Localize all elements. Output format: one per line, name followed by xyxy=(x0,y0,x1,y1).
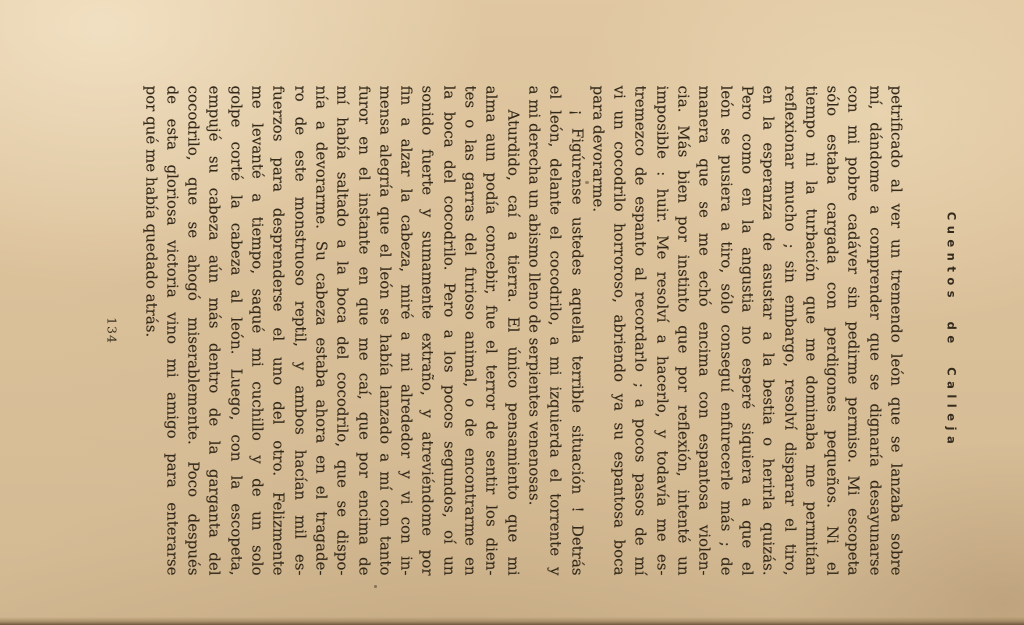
text-line: Pero como en la angustia no esperé siqui… xyxy=(736,85,757,575)
page-edge-shadow xyxy=(0,617,1024,625)
text-line: Aturdido, caí a tierra. El único pensami… xyxy=(501,85,522,575)
text-line: sonido fuerte y sumamente extraño, y atr… xyxy=(416,85,437,575)
book-page: Cuentos de Calleja petrificado al ver un… xyxy=(0,0,1024,625)
text-line: cia. Más bien por instinto que por refle… xyxy=(672,85,693,575)
text-line: mensa alegría que el león se había lanza… xyxy=(374,85,395,575)
text-line: petrificado al ver un tremendo león que … xyxy=(885,85,906,575)
text-line: golpe corté la cabeza al león. Luego, co… xyxy=(225,85,246,575)
text-line: mí, dándome a comprender que se dignaría… xyxy=(863,85,884,575)
text-line: sólo estaba cargada con perdigones peque… xyxy=(821,85,842,575)
text-line: nía a devorarme. Su cabeza estaba ahora … xyxy=(310,85,331,575)
body-text: petrificado al ver un tremendo león que … xyxy=(139,85,906,575)
text-line: alma aun podía concebir, fue el terror d… xyxy=(480,85,501,575)
text-line: a mi derecha un abismo lleno de serpient… xyxy=(523,85,544,575)
running-header: Cuentos de Calleja xyxy=(944,85,958,575)
text-line: empujé su cabeza aún más dentro de la ga… xyxy=(203,85,224,575)
text-line: tes o las garras del furioso animal, o d… xyxy=(459,85,480,575)
text-line: reflexionar mucho ; sin embargo, resolví… xyxy=(778,85,799,575)
text-line: vi un cocodrilo horroroso, abriendo ya s… xyxy=(608,85,629,575)
text-line: tiempo ni la turbación que me dominaba m… xyxy=(800,85,821,575)
text-line: ¡ Figúrense ustedes aquella terrible sit… xyxy=(565,85,586,575)
text-line: tremezco de espanto al recordarlo ; a po… xyxy=(629,85,650,575)
text-line: ro de este monstruoso reptil, y ambos ha… xyxy=(288,85,309,575)
text-line: imposible : huir. Me resolví a hacerlo, … xyxy=(650,85,671,575)
page-number: 134 xyxy=(104,85,119,575)
text-line: fin a alzar la cabeza, miré a mi alreded… xyxy=(395,85,416,575)
text-line: manera que se me echó encima con espanto… xyxy=(693,85,714,575)
text-line: león se pusiera a tiro, sólo conseguí en… xyxy=(714,85,735,575)
text-line: mí había saltado a la boca del cocodrilo… xyxy=(331,85,352,575)
text-line: fuerzos para desprenderse el uno del otr… xyxy=(267,85,288,575)
scanned-book-page-photo: Cuentos de Calleja petrificado al ver un… xyxy=(0,0,1024,625)
text-line: el león, delante el cocodrilo, a mi izqu… xyxy=(544,85,565,575)
text-line: de esta gloriosa victoria vino mi amigo … xyxy=(161,85,182,575)
text-line: en la esperanza de asustar a la bestia o… xyxy=(757,85,778,575)
ink-speck xyxy=(585,181,589,184)
text-line: la boca del cocodrilo. Pero a los pocos … xyxy=(437,85,458,575)
ink-speck xyxy=(374,585,377,588)
text-line: para devorarme. xyxy=(587,85,608,575)
text-line: por qué me había quedado atrás. xyxy=(139,85,160,575)
text-line: cocodrilo, que se ahogó miserablemente. … xyxy=(182,85,203,575)
text-line: furor en el instante en que me caí, que … xyxy=(352,85,373,575)
text-line: me levanté a tiempo, saqué mi cuchillo y… xyxy=(246,85,267,575)
text-line: con mi pobre cadáver sin pedirme permiso… xyxy=(842,85,863,575)
